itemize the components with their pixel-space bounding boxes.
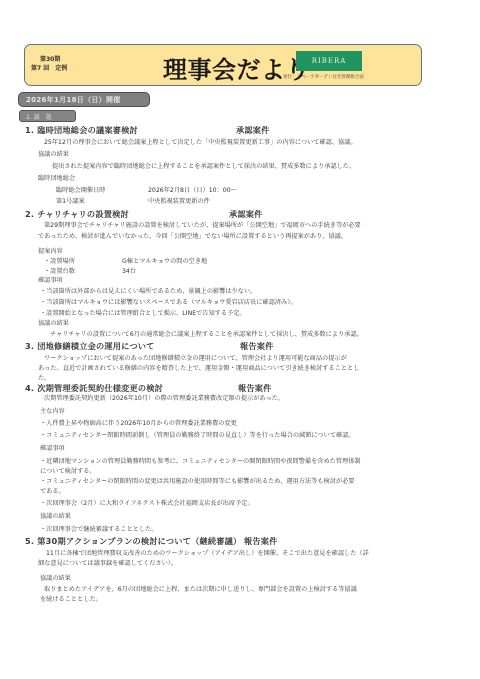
item-heading-text: 1. 臨時団地総会の議案審検討	[25, 125, 138, 135]
item-5-text-2: 細な意見については議事録を確認してください）。	[38, 560, 177, 568]
item-4-result-title: 協議の結果	[40, 513, 71, 521]
item-1-date-value: 2026年2月8日（日）10：00～	[148, 187, 237, 195]
item-2-count-value: 34台	[122, 268, 136, 276]
item-1-meeting-label: 臨時団地総会	[38, 175, 75, 183]
item-2-result-title: 協議の結果	[38, 320, 69, 328]
item-2-confirm-3: ・設置開始となった場合には管理組合として掲示、LINEで告知する予定。	[40, 310, 246, 318]
item-5-text-1: 11月に各棟で団地管理費収支改善のためのワークショップ（アイデア出し）を開催。そ…	[46, 550, 369, 558]
item-2-confirm-2: ・当該箇所はマルキョウには影響ないスペースである（マルキョウ愛宕店店長に確認済み…	[40, 299, 296, 307]
meeting-date-badge: 2026年1月18日（日）開催	[18, 92, 150, 107]
item-2-confirm-title: 確認事項	[38, 277, 63, 285]
item-2-location-value: G棟とマルキョウの間の空き地	[122, 258, 207, 266]
item-2-text-1: 第29期理事会でチャリチャリ施設の設置を検討していたが、提案場所が「公開空地」で…	[44, 222, 361, 230]
item-2-text-2: であったため、検討が進んでいなかった。今回「公開空地」でない場所に設置するという…	[38, 233, 347, 241]
item-2-tag: 承認案件	[229, 210, 263, 218]
item-2-confirm-1: ・当該箇所は外部からは見えにくい場所であるため、景観上の影響は少ない。	[40, 288, 256, 296]
session-label: 第7 回 定例	[31, 64, 67, 73]
period-label: 第30期	[31, 55, 67, 64]
item-5-result-2: を続けることとした。	[40, 596, 102, 604]
item-4-text-1: 次期管理委託契約更新（2026年10月）の際の管理委託業務費改定額の提示があった…	[44, 395, 284, 403]
item-4-confirm-1b: について検討する。	[40, 468, 96, 476]
agenda-section-badge: 1. 議 題	[19, 110, 76, 122]
publisher-text: 発行：リベーラガーデン住宅管理組合法	[283, 74, 364, 80]
item-1-heading: 1. 臨時団地総会の議案審検討	[25, 126, 138, 134]
item-1-result-title: 協議の結果	[38, 151, 69, 159]
item-2-proposal-title: 提案内容	[38, 248, 63, 256]
item-4-confirm-2b: である。	[40, 488, 65, 496]
item-5-heading: 5. 第30期アクションプランの検討について（継続審議）	[25, 537, 241, 545]
item-4-confirm-1: ・近隣団地マンションの管理員勤務時間も参考に、コミュニティセンターの開閉館時間や…	[40, 458, 361, 466]
item-2-location-label: ・設置場所	[44, 258, 75, 266]
item-4-tag: 報告案件	[238, 384, 272, 392]
item-4-main-2: ・コミュニティセンター閉館時間前倒し（管理員の勤務終了時間の見直し）等を行った場…	[40, 432, 355, 440]
item-2-result: チャリチャリの設置について6月の通常総会に議案上程することを承認案件として採決し…	[50, 331, 363, 339]
item-4-confirm-title: 確認事項	[40, 445, 65, 453]
item-4-main-title: 主な内容	[40, 408, 65, 416]
item-4-heading: 4. 次期管理委託契約仕様変更の検討	[25, 384, 163, 392]
item-1-text: 25年12月の理事会において総会議案上程として決定した「中央監視装置更新工事」の…	[44, 139, 357, 147]
item-3-text-3: た。	[38, 375, 50, 383]
item-4-main-1: ・人件費上昇や物価高に伴う2026年10月からの管理委託業務費の変更	[40, 420, 237, 428]
item-5-result-title: 協議の結果	[40, 575, 71, 583]
issue-info: 第30期 第7 回 定例	[31, 55, 67, 73]
item-5-tag: 報告案件	[244, 537, 278, 545]
item-2-count-label: ・設置台数	[44, 268, 75, 276]
item-5-result-1: 取りまとめたアイデアを、6月の団地総会に上程、または次期に申し送りし、専門部会を…	[44, 586, 357, 594]
item-1-agenda-label: 第1号議案	[56, 198, 85, 206]
item-3-tag: 報告案件	[240, 342, 274, 350]
header-banner: 第30期 第7 回 定例 理事会だより RIBERA 発行：リベーラガーデン住宅…	[24, 44, 422, 86]
item-1-result: 提出された提案内容で臨時団地総会に上程することを承認案件として採決の結果、賛成多…	[52, 163, 355, 171]
ribera-logo: RIBERA	[296, 51, 362, 71]
item-1-tag: 承認案件	[236, 126, 270, 134]
item-2-heading: 2. チャリチャリの設置検討	[25, 210, 129, 218]
item-3-text-1: ワークショップにおいて提案のあった団地修繕積立金の運用について、管理会社より運用…	[44, 355, 347, 363]
item-4-confirm-2: ・コミュニティセンターの閉館時間の変更は共用施設の使用時間等にも影響が出るため、…	[40, 478, 354, 486]
item-1-agenda-value: 中央監視装置更新の件	[148, 198, 210, 206]
item-3-text-2: あった。直近で計画されている修繕の内容を精査した上で、運用金額・運用商品について…	[38, 365, 359, 373]
item-4-confirm-3: ・次回理事会（2月）に大和ライフネクスト株式会社福岡支店長が出席予定。	[40, 500, 254, 508]
item-1-date-label: 臨時総会開催日時	[56, 187, 106, 195]
item-3-heading: 3. 団地修繕積立金の運用について	[25, 342, 155, 350]
item-4-result: ・次回理事会で継続審議することとした。	[40, 526, 158, 534]
